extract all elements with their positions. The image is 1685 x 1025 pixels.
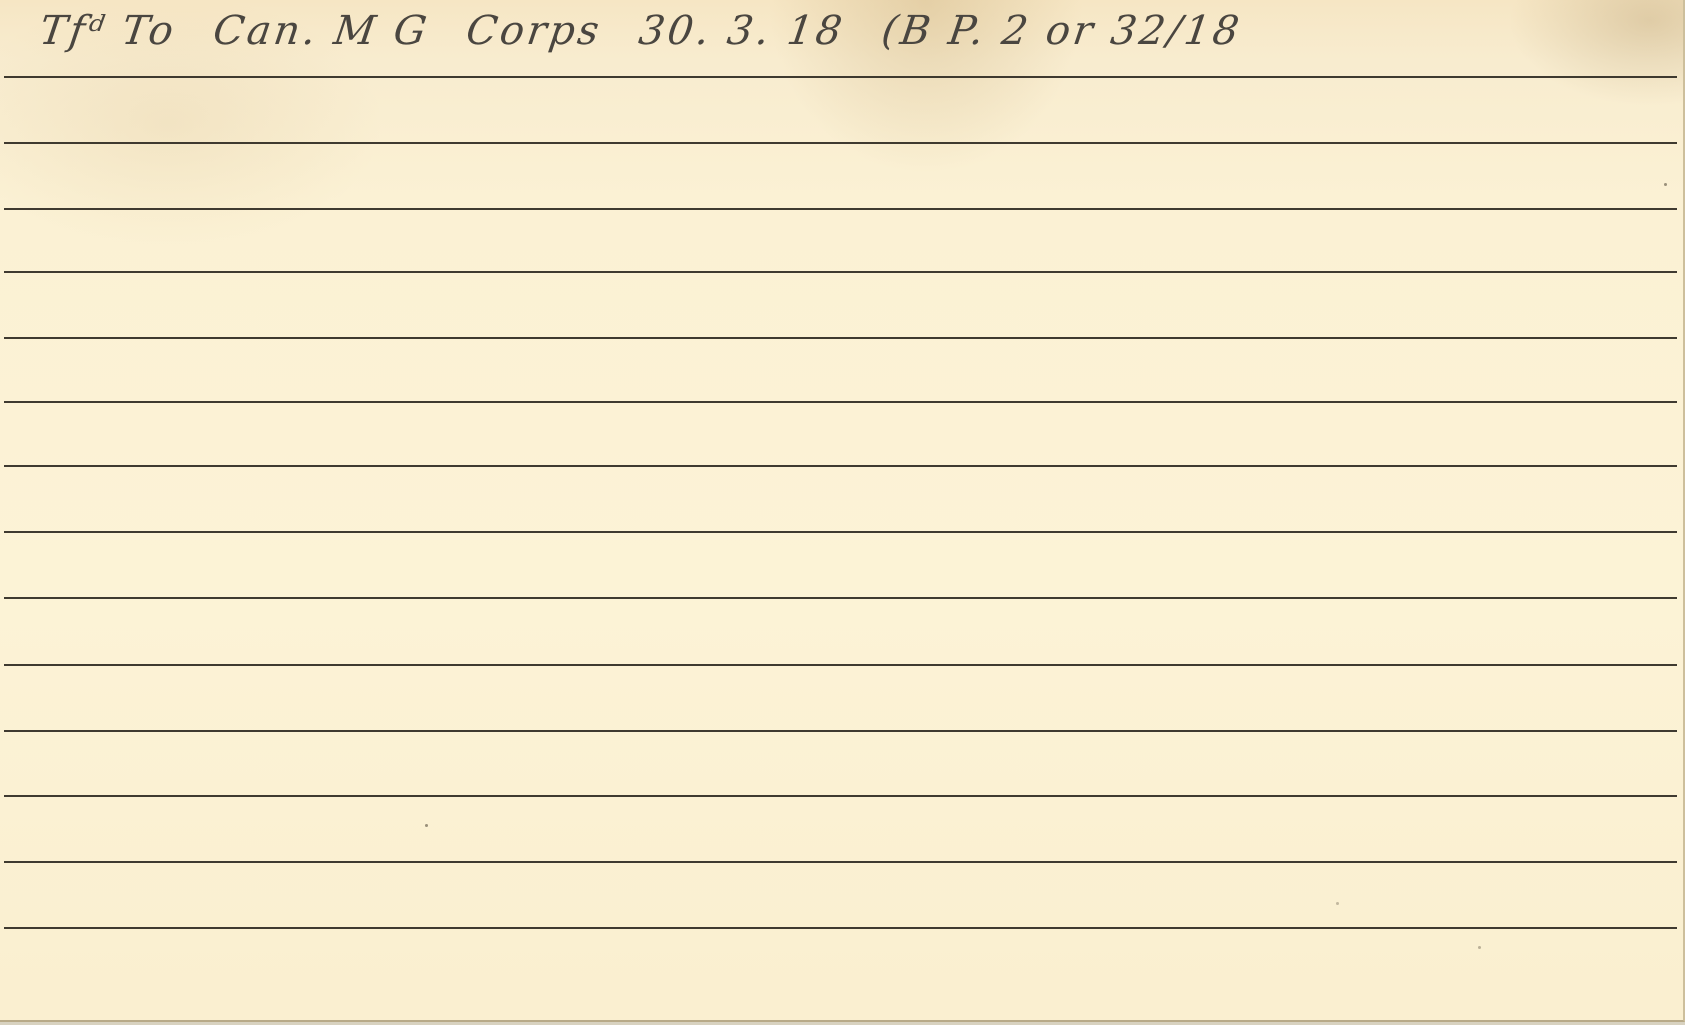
ruled-line bbox=[4, 271, 1677, 273]
handwritten-reference: (B P. 2 or 32/18 bbox=[879, 8, 1245, 54]
handwritten-transfer-note: Tfᵈ To bbox=[37, 8, 179, 54]
ruled-line bbox=[4, 208, 1677, 210]
paper-speck bbox=[1478, 946, 1481, 949]
handwritten-entry: Tfᵈ To Can. M G Corps 30. 3. 18 (B P. 2 … bbox=[37, 8, 1267, 54]
ruled-line bbox=[4, 142, 1677, 144]
ruled-line bbox=[4, 337, 1677, 339]
ruled-line bbox=[4, 597, 1677, 599]
ruled-line bbox=[4, 861, 1677, 863]
paper-speck bbox=[425, 824, 428, 827]
ruled-line bbox=[4, 730, 1677, 732]
handwritten-corps: Corps bbox=[463, 8, 604, 54]
ruled-line bbox=[4, 465, 1677, 467]
handwritten-date: 30. 3. 18 bbox=[636, 8, 848, 54]
ruled-line bbox=[4, 664, 1677, 666]
index-card: Tfᵈ To Can. M G Corps 30. 3. 18 (B P. 2 … bbox=[0, 0, 1685, 1022]
paper-speck bbox=[1664, 183, 1667, 186]
ruled-line bbox=[4, 927, 1677, 929]
paper-speck bbox=[1336, 902, 1339, 905]
handwritten-unit: Can. M G bbox=[210, 8, 432, 54]
ruled-line bbox=[4, 76, 1677, 78]
ruled-line bbox=[4, 795, 1677, 797]
ruled-line bbox=[4, 401, 1677, 403]
ruled-line bbox=[4, 531, 1677, 533]
